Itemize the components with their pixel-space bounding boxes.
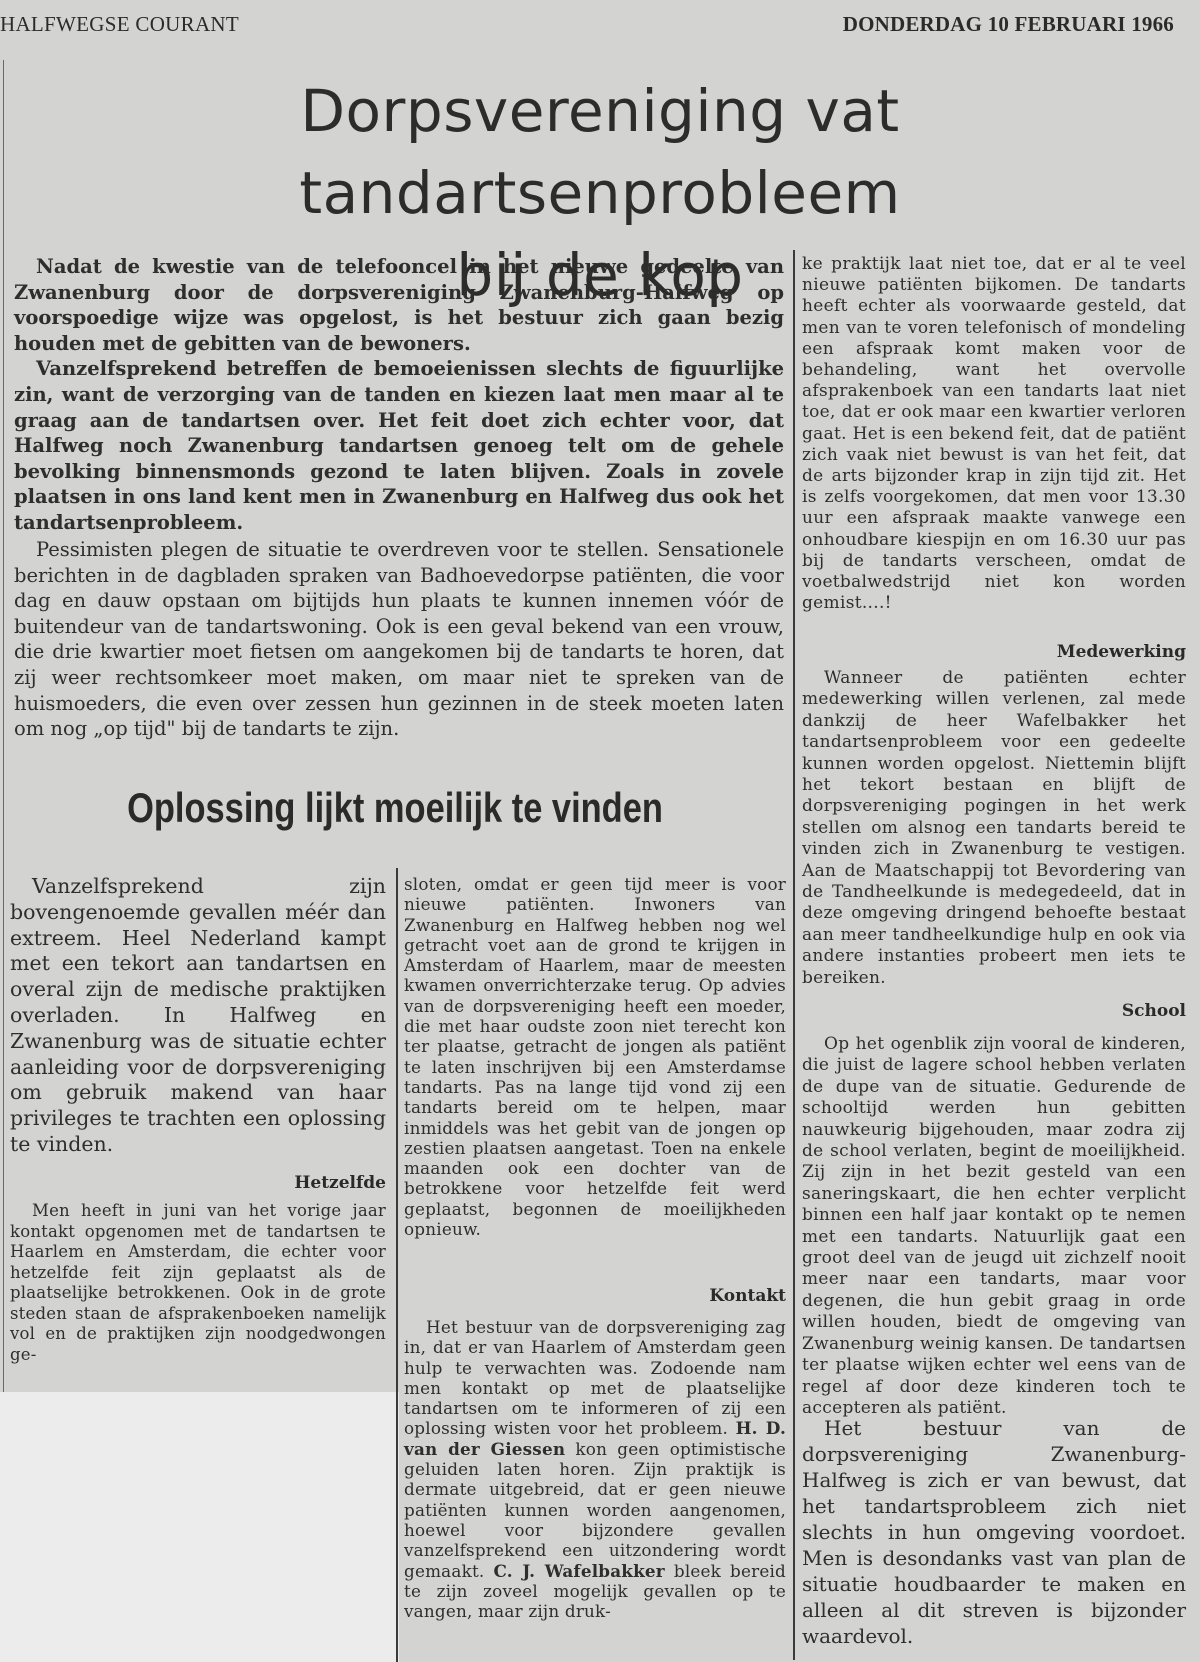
section-heading-school: School <box>802 1001 1186 1021</box>
column-c: ke praktijk laat niet toe, dat er al te … <box>802 254 1186 614</box>
newspaper-name: HALFWEGSE COURANT <box>0 12 239 37</box>
column-c-school: Op het ogenblik zijn vooral de kinderen,… <box>802 1034 1186 1419</box>
column-c-closing: Het bestuur van de dorpsvereniging Zwane… <box>802 1415 1186 1649</box>
column-b-paragraph-1: sloten, omdat er geen tijd meer is voor … <box>404 874 786 1239</box>
left-edge-rule <box>3 60 4 1392</box>
column-b-continued: Het bestuur van de dorpsvereniging zag i… <box>404 1317 786 1621</box>
column-c-medewerking: Wanneer de patiënten echter medewerking … <box>802 668 1186 989</box>
column-c-paragraph-4: Het bestuur van de dorpsvereniging Zwane… <box>802 1415 1186 1649</box>
blank-cutout-area <box>0 1392 399 1662</box>
column-c-paragraph-1: ke praktijk laat niet toe, dat er al te … <box>802 254 1186 614</box>
lead-paragraph-3: Pessimisten plegen de situatie te overdr… <box>14 537 784 742</box>
column-b-paragraph-2: Het bestuur van de dorpsvereniging zag i… <box>404 1317 786 1621</box>
lead-intro: Nadat de kwestie van de telefooncel in h… <box>14 254 784 536</box>
section-heading-hetzelfde: Hetzelfde <box>10 1173 386 1193</box>
publication-date: DONDERDAG 10 FEBRUARI 1966 <box>843 12 1174 37</box>
headline-line-1: Dorpsvereniging vat tandartsenprobleem <box>0 70 1200 234</box>
column-divider-middle <box>396 868 398 1662</box>
lead-continued: Pessimisten plegen de situatie te overdr… <box>14 537 784 742</box>
section-heading-kontakt: Kontakt <box>404 1286 786 1306</box>
text-run: kon geen optimistische geluiden laten ho… <box>404 1439 786 1581</box>
column-b: sloten, omdat er geen tijd meer is voor … <box>404 874 786 1239</box>
column-divider-right <box>793 250 795 1660</box>
text-run: Het bestuur van de dorpsvereniging zag i… <box>404 1317 786 1438</box>
column-a-paragraph-1: Vanzelfsprekend zijn bovengenoemde geval… <box>10 874 386 1158</box>
column-a: Vanzelfsprekend zijn bovengenoemde geval… <box>10 874 386 1158</box>
column-a-paragraph-2: Men heeft in juni van het vorige jaar ko… <box>10 1201 386 1365</box>
lead-paragraph-2: Vanzelfsprekend betreffen de bemoeieniss… <box>14 356 784 535</box>
column-a-continued: Men heeft in juni van het vorige jaar ko… <box>10 1201 386 1365</box>
column-c-paragraph-2: Wanneer de patiënten echter medewerking … <box>802 668 1186 989</box>
sub-headline: Oplossing lijkt moeilijk te vinden <box>71 784 719 832</box>
lead-paragraph-1: Nadat de kwestie van de telefooncel in h… <box>14 254 784 356</box>
person-name-wafelbakker: C. J. Wafelbakker <box>493 1561 664 1581</box>
column-c-paragraph-3: Op het ogenblik zijn vooral de kinderen,… <box>802 1034 1186 1419</box>
section-heading-medewerking: Medewerking <box>802 642 1186 662</box>
